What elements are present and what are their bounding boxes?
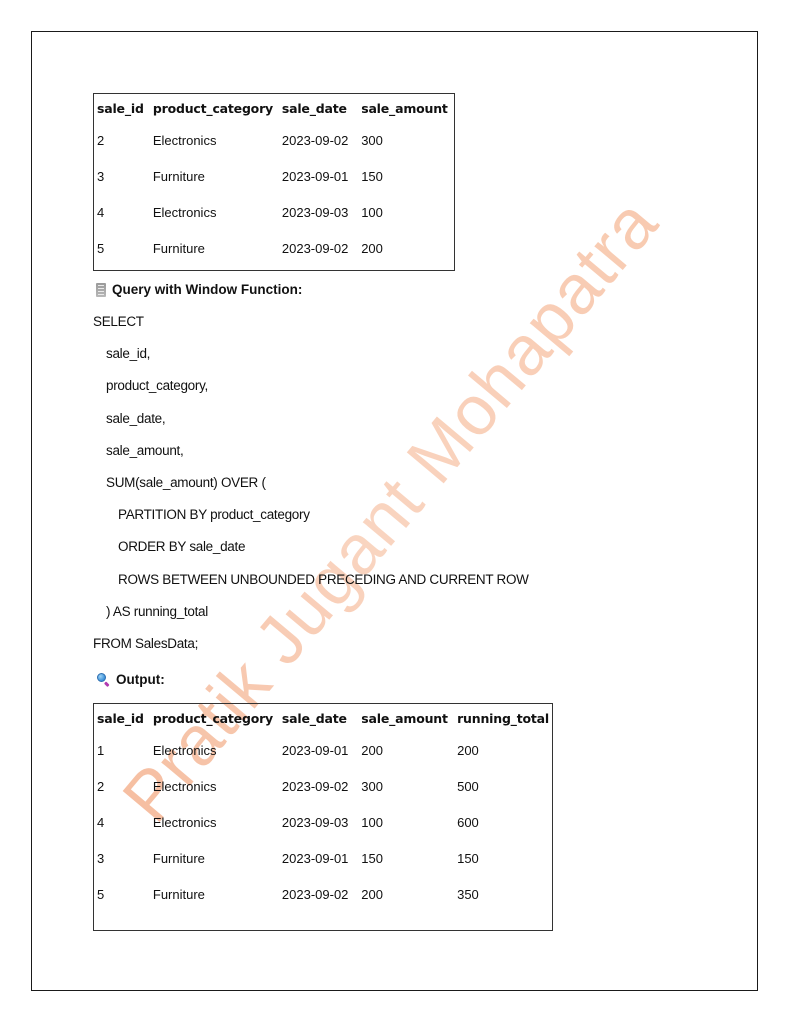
cell-sale-id: 2 (94, 122, 150, 158)
cell-product-category: Furniture (150, 840, 279, 876)
code-line: SUM(sale_amount) OVER ( (93, 473, 529, 505)
table-row: 3 Furniture 2023-09-01 150 150 (94, 840, 553, 876)
cell-sale-amount: 100 (358, 804, 454, 840)
magnifier-icon (96, 672, 110, 687)
code-line: FROM SalesData; (93, 634, 529, 666)
cell-sale-amount: 150 (358, 158, 454, 194)
cell-product-category: Electronics (150, 194, 279, 230)
cell-sale-id: 5 (94, 876, 150, 931)
column-header: sale_id (94, 94, 150, 123)
cell-sale-date: 2023-09-02 (279, 122, 358, 158)
cell-product-category: Electronics (150, 804, 279, 840)
column-header: running_total (454, 704, 552, 733)
cell-sale-date: 2023-09-01 (279, 158, 358, 194)
cell-running-total: 500 (454, 768, 552, 804)
input-sales-table: sale_id product_category sale_date sale_… (93, 93, 455, 271)
cell-product-category: Electronics (150, 122, 279, 158)
cell-sale-date: 2023-09-02 (279, 876, 358, 931)
column-header: sale_date (279, 704, 358, 733)
cell-sale-id: 3 (94, 840, 150, 876)
cell-sale-amount: 150 (358, 840, 454, 876)
cell-product-category: Furniture (150, 876, 279, 931)
code-line: product_category, (93, 376, 529, 408)
column-header: product_category (150, 704, 279, 733)
code-line: PARTITION BY product_category (93, 505, 529, 537)
cell-product-category: Electronics (150, 768, 279, 804)
query-section-heading: Query with Window Function: (96, 282, 302, 297)
code-line: sale_date, (93, 409, 529, 441)
code-line: ORDER BY sale_date (93, 537, 529, 569)
table-row: 4 Electronics 2023-09-03 100 600 (94, 804, 553, 840)
column-header: sale_amount (358, 94, 454, 123)
document-icon (96, 283, 106, 297)
cell-sale-date: 2023-09-01 (279, 840, 358, 876)
column-header: sale_amount (358, 704, 454, 733)
cell-sale-date: 2023-09-03 (279, 804, 358, 840)
query-heading-text: Query with Window Function: (112, 282, 302, 297)
column-header: product_category (150, 94, 279, 123)
table-row: 1 Electronics 2023-09-01 200 200 (94, 732, 553, 768)
code-line: SELECT (93, 312, 529, 344)
cell-running-total: 600 (454, 804, 552, 840)
cell-sale-id: 1 (94, 732, 150, 768)
cell-sale-amount: 300 (358, 768, 454, 804)
output-heading-text: Output: (116, 672, 165, 687)
cell-sale-amount: 100 (358, 194, 454, 230)
cell-running-total: 200 (454, 732, 552, 768)
cell-running-total: 150 (454, 840, 552, 876)
cell-running-total: 350 (454, 876, 552, 931)
table-row: 2 Electronics 2023-09-02 300 (94, 122, 455, 158)
column-header: sale_id (94, 704, 150, 733)
table-row: 5 Furniture 2023-09-02 200 (94, 230, 455, 271)
cell-sale-amount: 200 (358, 732, 454, 768)
code-line: ROWS BETWEEN UNBOUNDED PRECEDING AND CUR… (93, 570, 529, 602)
sql-query-code: SELECT sale_id, product_category, sale_d… (93, 312, 529, 666)
output-running-total-table: sale_id product_category sale_date sale_… (93, 703, 553, 931)
table-row: 4 Electronics 2023-09-03 100 (94, 194, 455, 230)
cell-sale-id: 4 (94, 804, 150, 840)
cell-sale-date: 2023-09-02 (279, 768, 358, 804)
cell-sale-id: 5 (94, 230, 150, 271)
cell-sale-id: 2 (94, 768, 150, 804)
cell-sale-amount: 200 (358, 230, 454, 271)
table-row: 2 Electronics 2023-09-02 300 500 (94, 768, 553, 804)
table-header-row: sale_id product_category sale_date sale_… (94, 94, 455, 123)
cell-sale-date: 2023-09-01 (279, 732, 358, 768)
column-header: sale_date (279, 94, 358, 123)
cell-product-category: Furniture (150, 230, 279, 271)
cell-product-category: Furniture (150, 158, 279, 194)
cell-product-category: Electronics (150, 732, 279, 768)
table-row: 3 Furniture 2023-09-01 150 (94, 158, 455, 194)
code-line: sale_amount, (93, 441, 529, 473)
cell-sale-amount: 200 (358, 876, 454, 931)
code-line: ) AS running_total (93, 602, 529, 634)
cell-sale-id: 3 (94, 158, 150, 194)
table-row: 5 Furniture 2023-09-02 200 350 (94, 876, 553, 931)
cell-sale-date: 2023-09-03 (279, 194, 358, 230)
code-line: sale_id, (93, 344, 529, 376)
cell-sale-date: 2023-09-02 (279, 230, 358, 271)
output-section-heading: Output: (96, 672, 165, 687)
table-header-row: sale_id product_category sale_date sale_… (94, 704, 553, 733)
cell-sale-amount: 300 (358, 122, 454, 158)
cell-sale-id: 4 (94, 194, 150, 230)
